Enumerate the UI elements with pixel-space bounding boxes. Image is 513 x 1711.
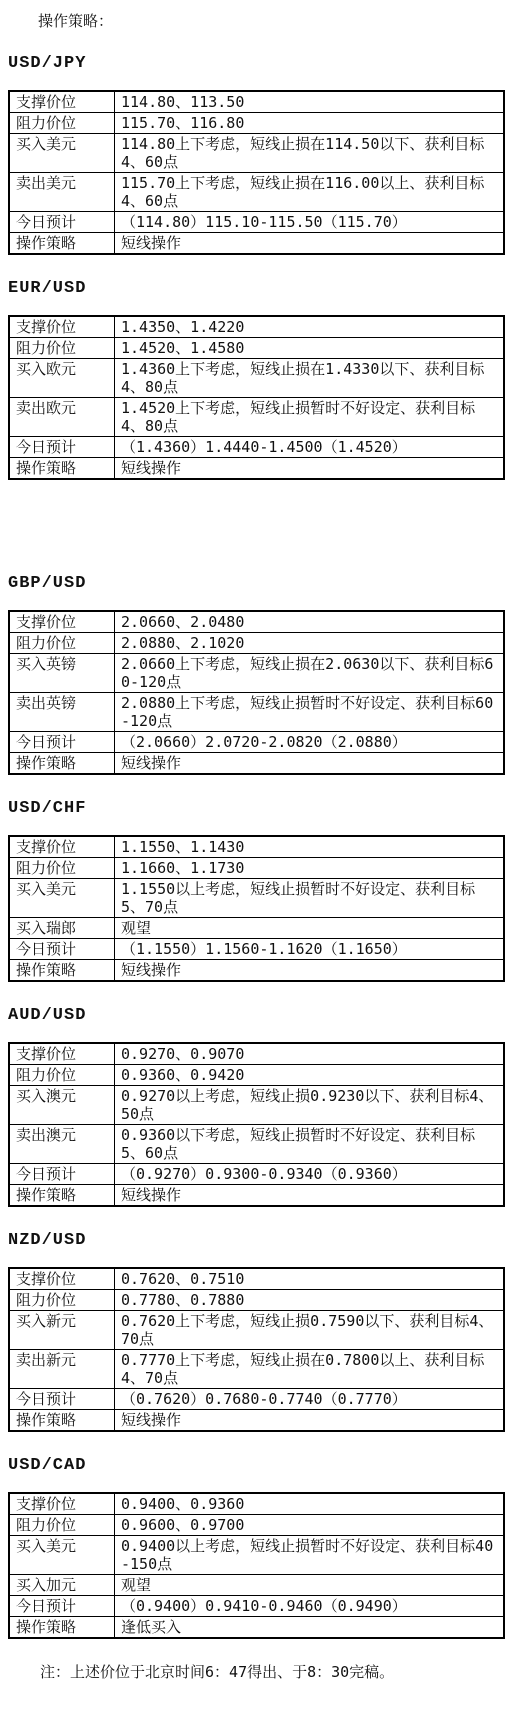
row-label-forecast: 今日预计	[9, 437, 115, 458]
table-row: 支撑价位 0.9270、0.9070	[9, 1043, 504, 1065]
row-label-forecast: 今日预计	[9, 1164, 115, 1185]
section-usd-chf: USD/CHF 支撑价位 1.1550、1.1430 阻力价位 1.1660、1…	[0, 799, 513, 982]
row-label-resistance: 阻力价位	[9, 1065, 115, 1086]
table-row: 今日预计 （0.9270）0.9300-0.9340（0.9360）	[9, 1164, 504, 1185]
row-label-support: 支撑价位	[9, 1043, 115, 1065]
row-label-buy-usd: 买入美元	[9, 879, 115, 918]
pair-heading-eur-usd: EUR/USD	[8, 279, 513, 299]
table-row: 今日预计 （114.80）115.10-115.50（115.70）	[9, 212, 504, 233]
row-value-buy-usd: 0.9400以上考虑，短线止损暂时不好设定、获利目标40-150点	[115, 1536, 505, 1575]
strategy-table-gbp-usd: 支撑价位 2.0660、2.0480 阻力价位 2.0880、2.1020 买入…	[8, 610, 505, 775]
strategy-document: { "page": { "title": "操作策略：", "footnote"…	[0, 0, 513, 1711]
table-row: 卖出澳元 0.9360以下考虑，短线止损暂时不好设定、获利目标5、60点	[9, 1125, 504, 1164]
table-row: 操作策略 短线操作	[9, 1185, 504, 1207]
row-label-strategy: 操作策略	[9, 1617, 115, 1639]
row-value-sell: 0.9360以下考虑，短线止损暂时不好设定、获利目标5、60点	[115, 1125, 505, 1164]
row-value-sell: 2.0880上下考虑，短线止损暂时不好设定、获利目标60-120点	[115, 693, 505, 732]
row-value-forecast: （1.4360）1.4440-1.4500（1.4520）	[115, 437, 505, 458]
table-row: 支撑价位 114.80、113.50	[9, 91, 504, 113]
section-usd-jpy: USD/JPY 支撑价位 114.80、113.50 阻力价位 115.70、1…	[0, 54, 513, 255]
row-label-forecast: 今日预计	[9, 732, 115, 753]
row-value-buy-usd: 1.1550以上考虑，短线止损暂时不好设定、获利目标5、70点	[115, 879, 505, 918]
pair-heading-usd-chf: USD/CHF	[8, 799, 513, 819]
table-row: 操作策略 短线操作	[9, 233, 504, 255]
row-value-forecast: （0.7620）0.7680-0.7740（0.7770）	[115, 1389, 505, 1410]
row-value-buy: 2.0660上下考虑，短线止损在2.0630以下、获利目标60-120点	[115, 654, 505, 693]
row-label-buy-usd: 买入美元	[9, 1536, 115, 1575]
row-label-resistance: 阻力价位	[9, 338, 115, 359]
table-row: 买入英镑 2.0660上下考虑，短线止损在2.0630以下、获利目标60-120…	[9, 654, 504, 693]
row-label-strategy: 操作策略	[9, 1185, 115, 1207]
row-value-strategy: 短线操作	[115, 458, 505, 480]
pair-heading-gbp-usd: GBP/USD	[8, 574, 513, 594]
row-label-sell: 卖出欧元	[9, 398, 115, 437]
row-label-resistance: 阻力价位	[9, 1290, 115, 1311]
row-value-forecast: （0.9400）0.9410-0.9460（0.9490）	[115, 1596, 505, 1617]
row-value-support: 2.0660、2.0480	[115, 611, 505, 633]
table-row: 卖出欧元 1.4520上下考虑，短线止损暂时不好设定、获利目标4、80点	[9, 398, 504, 437]
row-value-strategy: 逢低买入	[115, 1617, 505, 1639]
table-row: 买入美元 0.9400以上考虑，短线止损暂时不好设定、获利目标40-150点	[9, 1536, 504, 1575]
row-value-sell: 0.7770上下考虑，短线止损在0.7800以上、获利目标4、70点	[115, 1350, 505, 1389]
row-label-buy: 买入欧元	[9, 359, 115, 398]
row-value-resistance: 1.1660、1.1730	[115, 858, 505, 879]
row-value-strategy: 短线操作	[115, 960, 505, 982]
table-row: 操作策略 短线操作	[9, 458, 504, 480]
row-label-support: 支撑价位	[9, 1268, 115, 1290]
row-label-strategy: 操作策略	[9, 753, 115, 775]
row-value-resistance: 115.70、116.80	[115, 113, 505, 134]
table-row: 买入加元 观望	[9, 1575, 504, 1596]
table-row: 操作策略 短线操作	[9, 1410, 504, 1432]
row-value-buy: 1.4360上下考虑，短线止损在1.4330以下、获利目标4、80点	[115, 359, 505, 398]
page-title: 操作策略：	[38, 0, 513, 30]
table-row: 支撑价位 2.0660、2.0480	[9, 611, 504, 633]
table-row: 买入欧元 1.4360上下考虑，短线止损在1.4330以下、获利目标4、80点	[9, 359, 504, 398]
table-row: 今日预计 （0.7620）0.7680-0.7740（0.7770）	[9, 1389, 504, 1410]
row-label-buy: 买入英镑	[9, 654, 115, 693]
row-value-buy: 114.80上下考虑，短线止损在114.50以下、获利目标4、60点	[115, 134, 505, 173]
table-row: 今日预计 （1.1550）1.1560-1.1620（1.1650）	[9, 939, 504, 960]
row-label-buy: 买入澳元	[9, 1086, 115, 1125]
row-label-strategy: 操作策略	[9, 960, 115, 982]
row-label-buy: 买入美元	[9, 134, 115, 173]
strategy-table-usd-chf: 支撑价位 1.1550、1.1430 阻力价位 1.1660、1.1730 买入…	[8, 835, 505, 982]
row-value-resistance: 0.9360、0.9420	[115, 1065, 505, 1086]
row-value-support: 1.1550、1.1430	[115, 836, 505, 858]
table-row: 卖出美元 115.70上下考虑，短线止损在116.00以上、获利目标4、60点	[9, 173, 504, 212]
row-label-sell: 卖出英镑	[9, 693, 115, 732]
section-nzd-usd: NZD/USD 支撑价位 0.7620、0.7510 阻力价位 0.7780、0…	[0, 1231, 513, 1432]
row-label-resistance: 阻力价位	[9, 633, 115, 654]
table-row: 支撑价位 1.4350、1.4220	[9, 316, 504, 338]
row-label-resistance: 阻力价位	[9, 113, 115, 134]
table-row: 卖出英镑 2.0880上下考虑，短线止损暂时不好设定、获利目标60-120点	[9, 693, 504, 732]
row-label-forecast: 今日预计	[9, 1596, 115, 1617]
table-row: 阻力价位 1.4520、1.4580	[9, 338, 504, 359]
row-label-support: 支撑价位	[9, 316, 115, 338]
table-row: 操作策略 逢低买入	[9, 1617, 504, 1639]
table-row: 阻力价位 115.70、116.80	[9, 113, 504, 134]
strategy-table-nzd-usd: 支撑价位 0.7620、0.7510 阻力价位 0.7780、0.7880 买入…	[8, 1267, 505, 1432]
row-value-buy-cad: 观望	[115, 1575, 505, 1596]
strategy-table-usd-cad: 支撑价位 0.9400、0.9360 阻力价位 0.9600、0.9700 买入…	[8, 1492, 505, 1639]
row-value-forecast: （1.1550）1.1560-1.1620（1.1650）	[115, 939, 505, 960]
table-row: 今日预计 （2.0660）2.0720-2.0820（2.0880）	[9, 732, 504, 753]
pair-heading-usd-jpy: USD/JPY	[8, 54, 513, 74]
row-value-buy-chf: 观望	[115, 918, 505, 939]
table-row: 买入瑞郎 观望	[9, 918, 504, 939]
table-row: 卖出新元 0.7770上下考虑，短线止损在0.7800以上、获利目标4、70点	[9, 1350, 504, 1389]
row-label-strategy: 操作策略	[9, 233, 115, 255]
row-value-support: 0.9400、0.9360	[115, 1493, 505, 1515]
row-value-support: 0.9270、0.9070	[115, 1043, 505, 1065]
row-label-strategy: 操作策略	[9, 1410, 115, 1432]
pair-heading-usd-cad: USD/CAD	[8, 1456, 513, 1476]
section-gbp-usd: GBP/USD 支撑价位 2.0660、2.0480 阻力价位 2.0880、2…	[0, 574, 513, 775]
row-value-support: 1.4350、1.4220	[115, 316, 505, 338]
row-label-support: 支撑价位	[9, 1493, 115, 1515]
strategy-table-eur-usd: 支撑价位 1.4350、1.4220 阻力价位 1.4520、1.4580 买入…	[8, 315, 505, 480]
row-value-resistance: 0.9600、0.9700	[115, 1515, 505, 1536]
table-row: 操作策略 短线操作	[9, 753, 504, 775]
row-value-forecast: （0.9270）0.9300-0.9340（0.9360）	[115, 1164, 505, 1185]
table-row: 操作策略 短线操作	[9, 960, 504, 982]
row-label-sell: 卖出新元	[9, 1350, 115, 1389]
row-label-buy-cad: 买入加元	[9, 1575, 115, 1596]
row-label-forecast: 今日预计	[9, 1389, 115, 1410]
row-label-buy-chf: 买入瑞郎	[9, 918, 115, 939]
row-value-support: 114.80、113.50	[115, 91, 505, 113]
strategy-table-aud-usd: 支撑价位 0.9270、0.9070 阻力价位 0.9360、0.9420 买入…	[8, 1042, 505, 1207]
table-row: 支撑价位 0.7620、0.7510	[9, 1268, 504, 1290]
row-value-sell: 1.4520上下考虑，短线止损暂时不好设定、获利目标4、80点	[115, 398, 505, 437]
pair-heading-aud-usd: AUD/USD	[8, 1006, 513, 1026]
row-label-support: 支撑价位	[9, 91, 115, 113]
row-value-resistance: 0.7780、0.7880	[115, 1290, 505, 1311]
row-label-forecast: 今日预计	[9, 212, 115, 233]
row-label-resistance: 阻力价位	[9, 858, 115, 879]
section-aud-usd: AUD/USD 支撑价位 0.9270、0.9070 阻力价位 0.9360、0…	[0, 1006, 513, 1207]
row-label-buy: 买入新元	[9, 1311, 115, 1350]
row-value-resistance: 2.0880、2.1020	[115, 633, 505, 654]
row-value-strategy: 短线操作	[115, 753, 505, 775]
table-row: 今日预计 （1.4360）1.4440-1.4500（1.4520）	[9, 437, 504, 458]
table-row: 阻力价位 1.1660、1.1730	[9, 858, 504, 879]
row-label-support: 支撑价位	[9, 836, 115, 858]
table-row: 阻力价位 0.9600、0.9700	[9, 1515, 504, 1536]
table-row: 买入美元 114.80上下考虑，短线止损在114.50以下、获利目标4、60点	[9, 134, 504, 173]
footnote: 注：上述价位于北京时间6：47得出、于8：30完稿。	[40, 1663, 513, 1681]
row-value-strategy: 短线操作	[115, 233, 505, 255]
table-row: 阻力价位 0.9360、0.9420	[9, 1065, 504, 1086]
row-label-sell: 卖出美元	[9, 173, 115, 212]
section-usd-cad: USD/CAD 支撑价位 0.9400、0.9360 阻力价位 0.9600、0…	[0, 1456, 513, 1639]
row-label-support: 支撑价位	[9, 611, 115, 633]
table-row: 买入美元 1.1550以上考虑，短线止损暂时不好设定、获利目标5、70点	[9, 879, 504, 918]
row-value-strategy: 短线操作	[115, 1185, 505, 1207]
table-row: 支撑价位 0.9400、0.9360	[9, 1493, 504, 1515]
table-row: 今日预计 （0.9400）0.9410-0.9460（0.9490）	[9, 1596, 504, 1617]
table-row: 买入澳元 0.9270以上考虑，短线止损0.9230以下、获利目标4、50点	[9, 1086, 504, 1125]
row-value-resistance: 1.4520、1.4580	[115, 338, 505, 359]
row-label-sell: 卖出澳元	[9, 1125, 115, 1164]
table-row: 支撑价位 1.1550、1.1430	[9, 836, 504, 858]
row-value-buy: 0.7620上下考虑，短线止损0.7590以下、获利目标4、70点	[115, 1311, 505, 1350]
row-label-forecast: 今日预计	[9, 939, 115, 960]
table-row: 阻力价位 2.0880、2.1020	[9, 633, 504, 654]
row-value-buy: 0.9270以上考虑，短线止损0.9230以下、获利目标4、50点	[115, 1086, 505, 1125]
pair-heading-nzd-usd: NZD/USD	[8, 1231, 513, 1251]
row-value-forecast: （2.0660）2.0720-2.0820（2.0880）	[115, 732, 505, 753]
row-value-strategy: 短线操作	[115, 1410, 505, 1432]
row-value-forecast: （114.80）115.10-115.50（115.70）	[115, 212, 505, 233]
row-value-sell: 115.70上下考虑，短线止损在116.00以上、获利目标4、60点	[115, 173, 505, 212]
row-value-support: 0.7620、0.7510	[115, 1268, 505, 1290]
strategy-table-usd-jpy: 支撑价位 114.80、113.50 阻力价位 115.70、116.80 买入…	[8, 90, 505, 255]
table-row: 买入新元 0.7620上下考虑，短线止损0.7590以下、获利目标4、70点	[9, 1311, 504, 1350]
table-row: 阻力价位 0.7780、0.7880	[9, 1290, 504, 1311]
row-label-strategy: 操作策略	[9, 458, 115, 480]
section-eur-usd: EUR/USD 支撑价位 1.4350、1.4220 阻力价位 1.4520、1…	[0, 279, 513, 480]
row-label-resistance: 阻力价位	[9, 1515, 115, 1536]
